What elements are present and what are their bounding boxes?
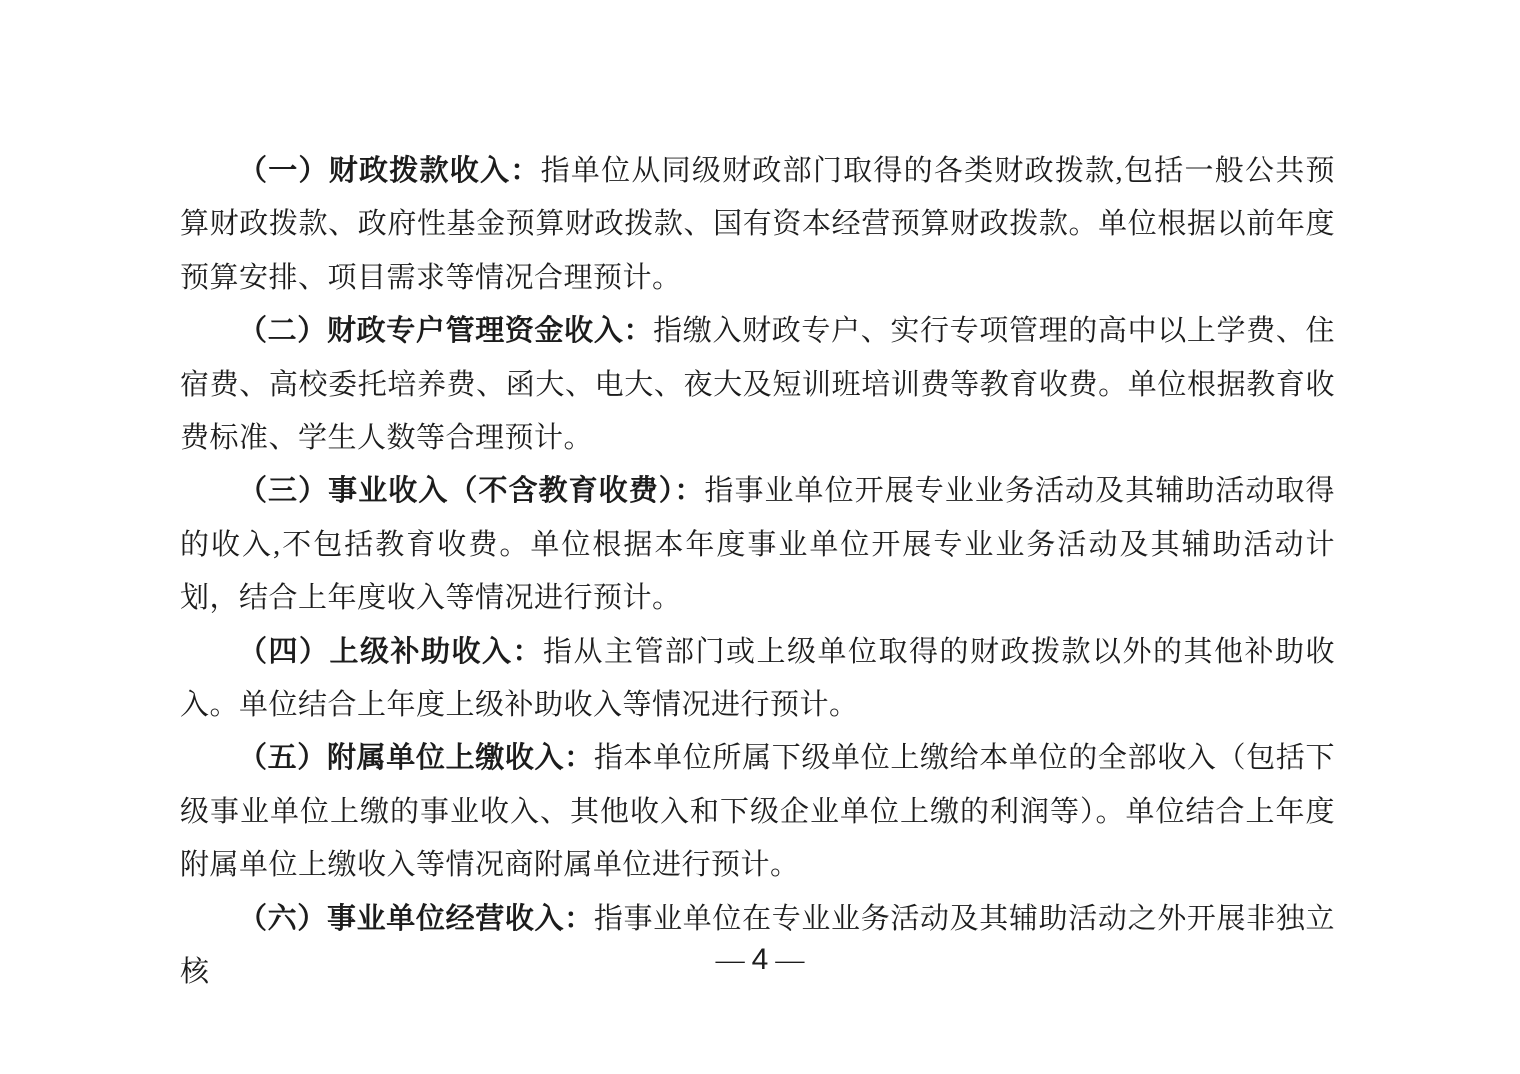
footer-right-dash: — bbox=[775, 938, 804, 982]
paragraph-6-heading: （六）事业单位经营收入： bbox=[238, 903, 594, 935]
paragraph-income-fiscal-special-account: （二）财政专户管理资金收入：指缴入财政专户、实行专项管理的高中以上学费、住宿费、… bbox=[180, 305, 1335, 465]
document-page: （一）财政拨款收入：指单位从同级财政部门取得的各类财政拨款,包括一般公共预算财政… bbox=[0, 0, 1520, 1074]
document-body: （一）财政拨款收入：指单位从同级财政部门取得的各类财政拨款,包括一般公共预算财政… bbox=[180, 145, 1335, 1000]
paragraph-income-superior-subsidy: （四）上级补助收入：指从主管部门或上级单位取得的财政拨款以外的其他补助收入。单位… bbox=[180, 626, 1335, 733]
page-number: 4 bbox=[752, 938, 769, 982]
paragraph-4-heading: （四）上级补助收入： bbox=[238, 636, 543, 668]
page-footer: —4— bbox=[0, 938, 1520, 982]
paragraph-5-heading: （五）附属单位上缴收入： bbox=[238, 742, 594, 774]
paragraph-3-heading: （三）事业收入（不含教育收费）： bbox=[238, 475, 704, 507]
footer-left-dash: — bbox=[716, 938, 745, 982]
paragraph-income-institutional: （三）事业收入（不含教育收费）：指事业单位开展专业业务活动及其辅助活动取得的收入… bbox=[180, 465, 1335, 625]
paragraph-1-heading: （一）财政拨款收入： bbox=[238, 155, 541, 187]
paragraph-income-fiscal-appropriation: （一）财政拨款收入：指单位从同级财政部门取得的各类财政拨款,包括一般公共预算财政… bbox=[180, 145, 1335, 305]
paragraph-2-heading: （二）财政专户管理资金收入： bbox=[238, 315, 653, 347]
paragraph-income-subordinate-remittance: （五）附属单位上缴收入：指本单位所属下级单位上缴给本单位的全部收入（包括下级事业… bbox=[180, 732, 1335, 892]
